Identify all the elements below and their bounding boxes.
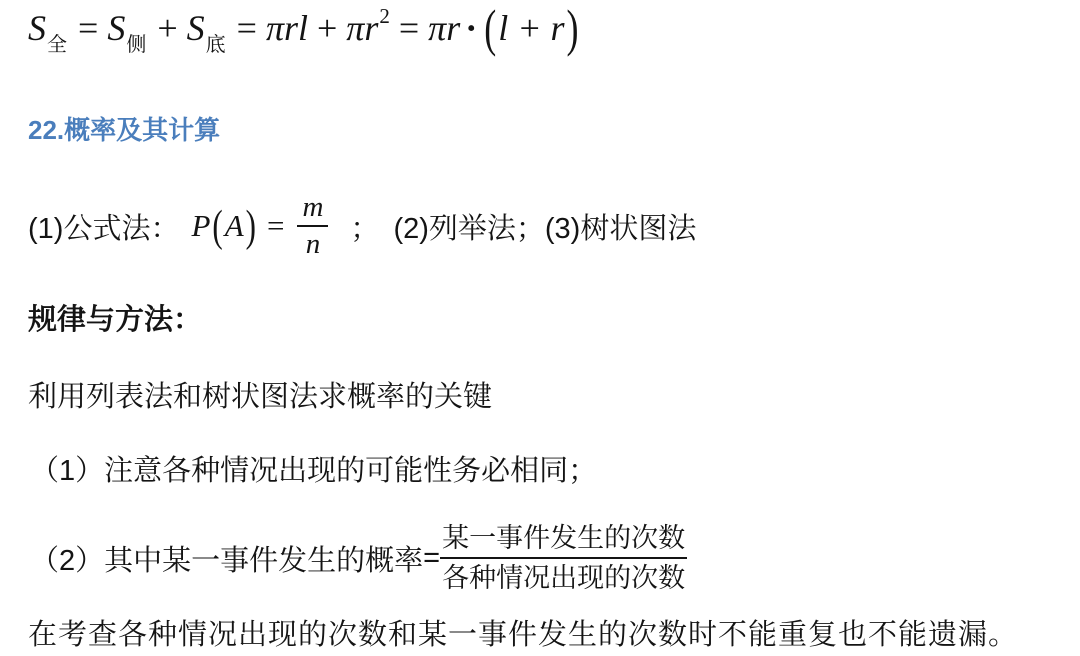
rules-intro: 利用列表法和树状图法求概率的关键 [28,374,492,415]
m-over-n-fraction: mn [297,191,328,262]
probability-methods-line: (1)公式法： P(A)=mn ； (2)列举法；(3)树状图法 [28,186,696,266]
math-term-l-plus-r: l + r [498,8,564,48]
equals-sign: = [423,542,440,575]
equals-sign: = [399,8,419,48]
multiplication-dot: · [465,8,477,48]
rule-item-2-lead: （2）其中某一事件发生的概率 [30,538,423,579]
methods-2-3-label: (2)列举法；(3)树状图法 [393,206,696,247]
math-term-pi-r: πr [346,8,378,48]
fraction-numerator: m [297,191,328,227]
plus-sign: + [317,8,337,48]
document-page: S全=S侧+S底=πrl+πr2=πr·(l + r) 22.概率及其计算 (1… [0,0,1080,656]
rules-heading: 规律与方法： [28,297,202,338]
math-var-s-base: S [187,8,205,48]
cone-surface-area-formula: S全=S侧+S底=πrl+πr2=πr·(l + r) [28,0,581,60]
rule-item-1: （1）注意各种情况出现的可能性务必相同； [30,448,597,489]
formula-line: S全=S侧+S底=πrl+πr2=πr·(l + r) [28,4,581,57]
left-paren: ( [212,200,222,252]
closing-note: 在考查各种情况出现的次数和某一事件发生的次数时不能重复也不能遗漏。 [28,612,1018,653]
math-superscript-2: 2 [379,4,390,28]
separator-semicolon: ； [350,206,379,247]
method-1-label: (1)公式法： [28,206,179,247]
probability-ratio-fraction: 某一事件发生的次数各种情况出现的次数 [440,522,687,595]
fraction-denominator: 各种情况出现的次数 [442,559,685,594]
probability-formula: P(A)=mn [191,191,328,262]
math-term-pi-r-l: πrl [266,8,308,48]
math-subscript-total: 全 [47,34,67,56]
equals-sign: = [78,8,98,48]
equals-sign: = [267,208,284,244]
math-var-s-total: S [28,8,46,48]
rule-item-2: （2）其中某一事件发生的概率 = 某一事件发生的次数各种情况出现的次数 [30,512,687,604]
plus-sign: + [157,8,177,48]
math-subscript-base: 底 [206,34,226,56]
math-var-s-lateral: S [107,8,125,48]
left-paren: ( [484,0,496,58]
math-subscript-lateral: 侧 [126,34,146,56]
right-paren: ) [246,200,256,252]
fraction-denominator: n [306,227,321,261]
section-heading-probability: 22.概率及其计算 [28,110,220,147]
math-term-pi-r: πr [428,8,460,48]
math-var-p: P [191,208,210,244]
equals-sign: = [237,8,257,48]
math-var-a: A [225,208,244,244]
right-paren: ) [567,0,579,58]
fraction-numerator: 某一事件发生的次数 [440,522,687,559]
